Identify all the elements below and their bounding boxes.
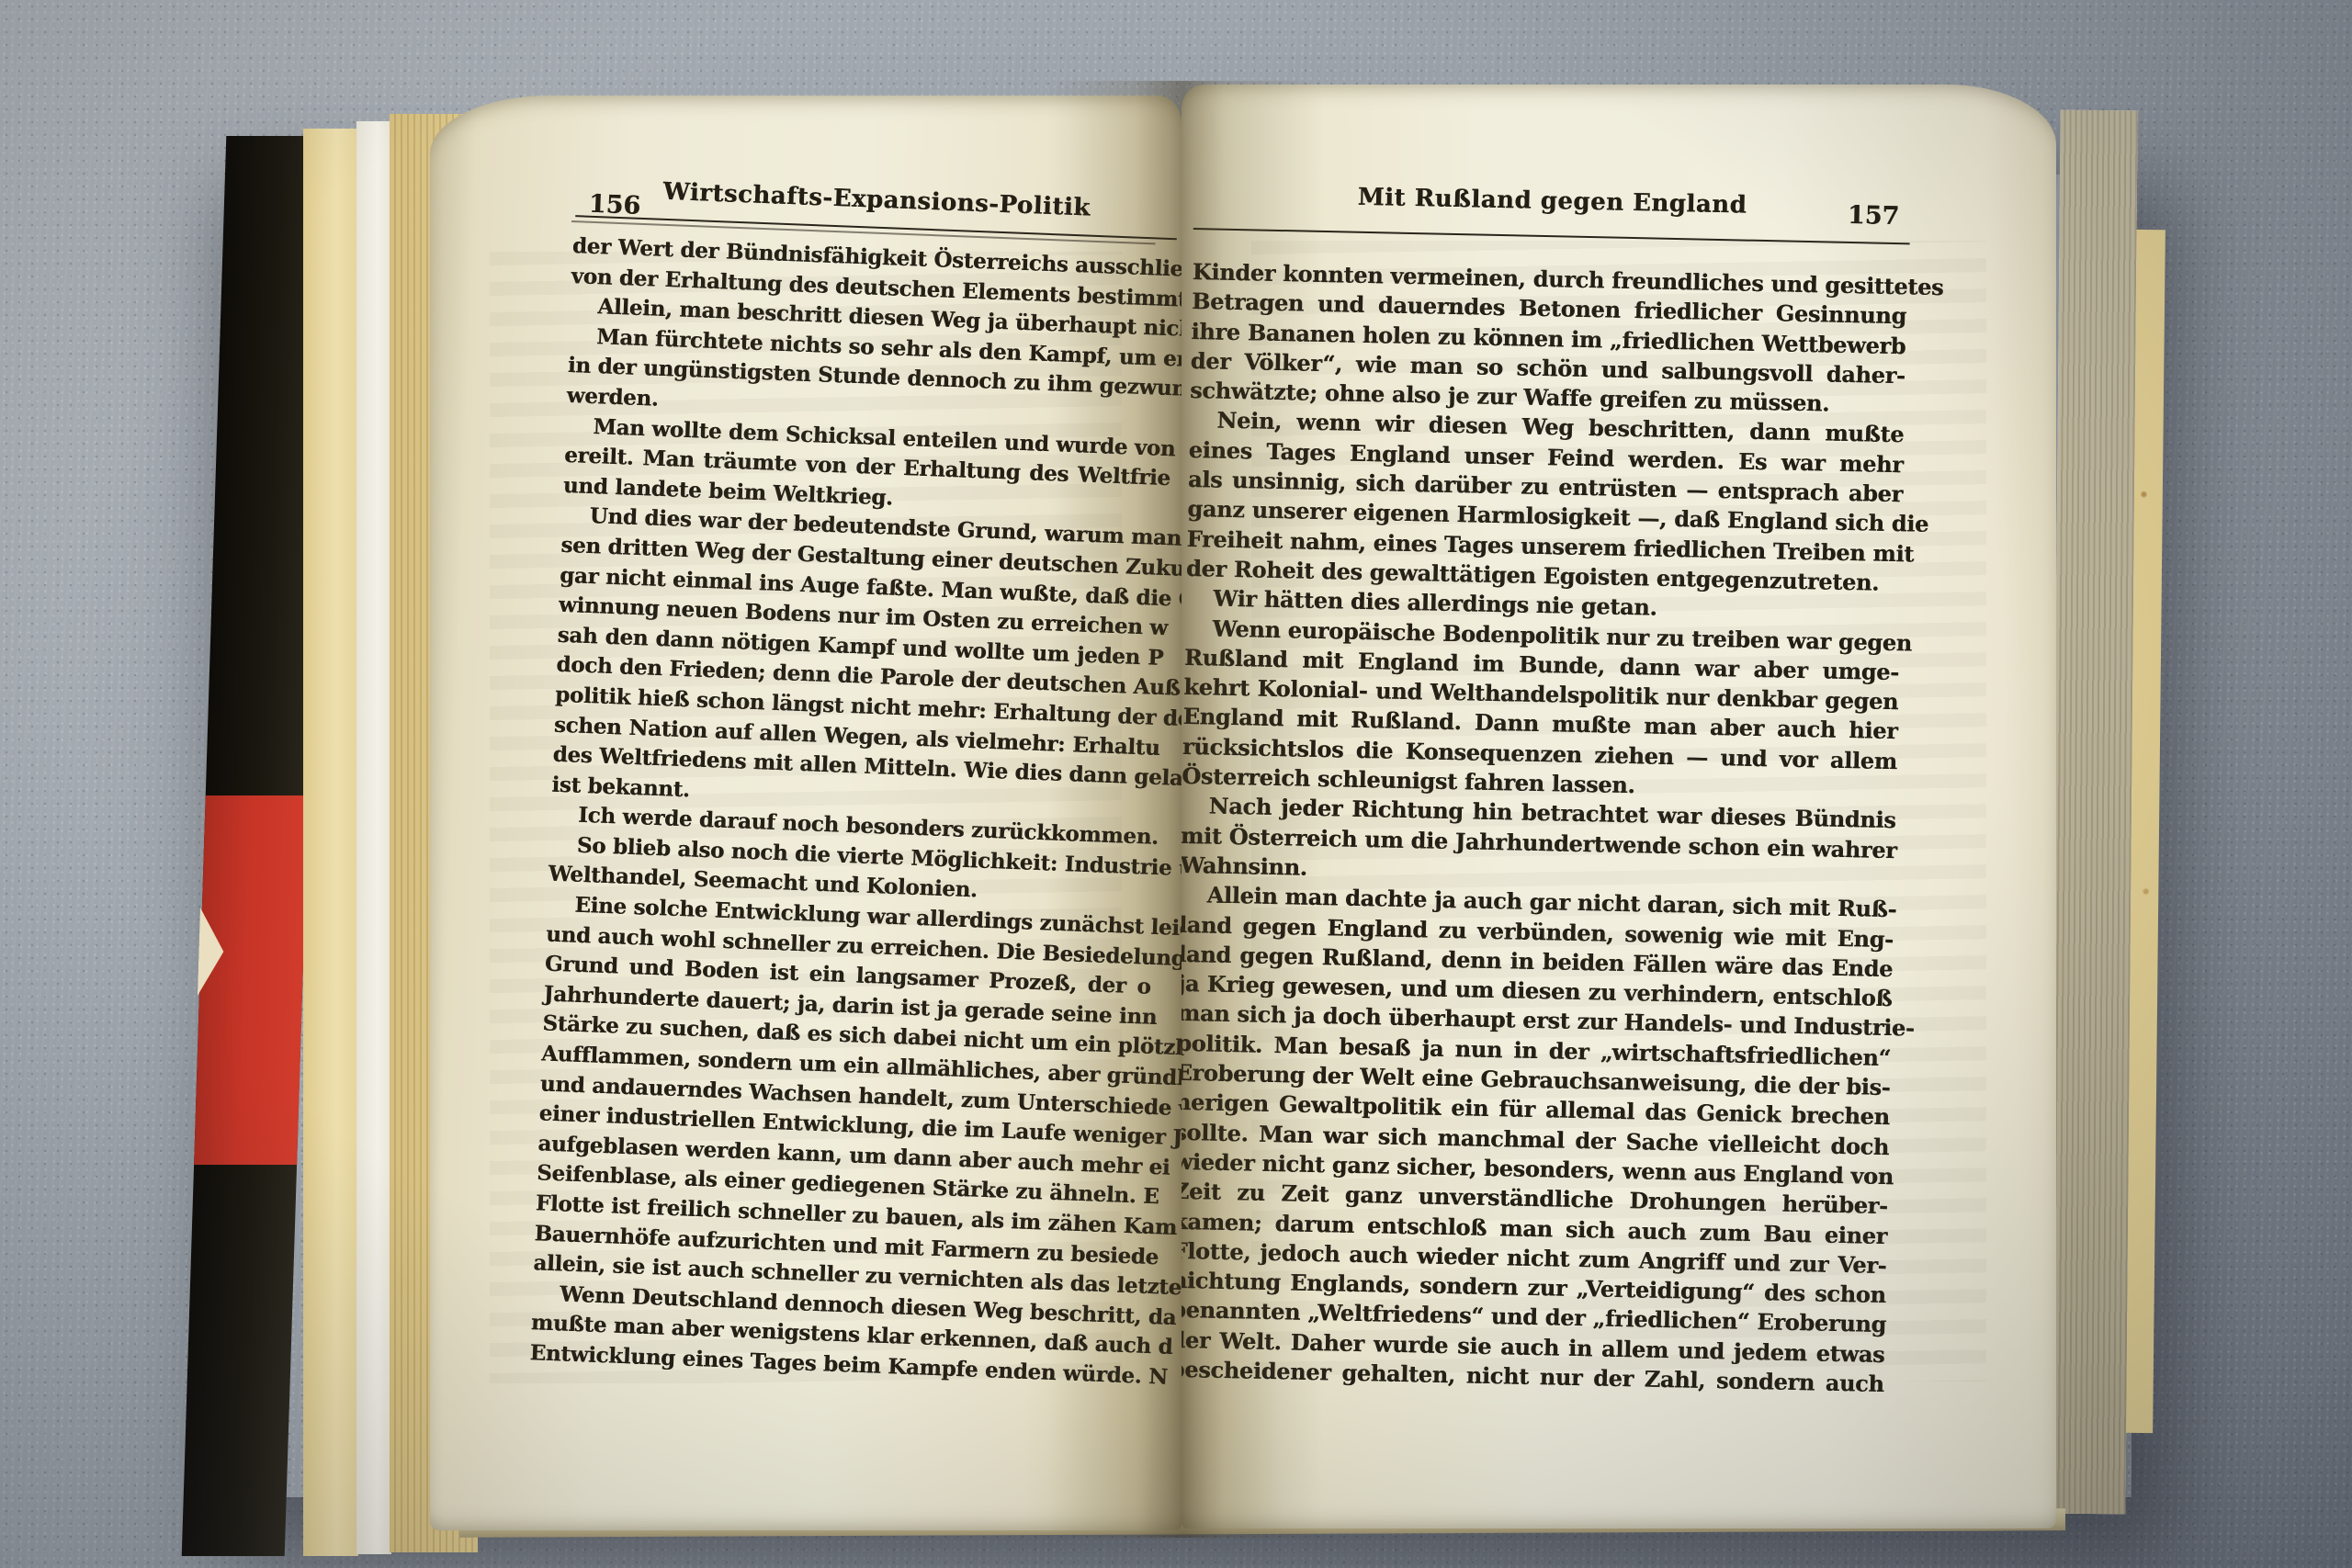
right-page: Mit Rußland gegen England 157 Kinder kon… [1182,85,2056,1529]
page-number-right: 157 [1848,201,1900,231]
jacket-red-band [194,795,309,1165]
left-page: 156 Wirtschafts-Expansions-Politik der W… [430,96,1182,1530]
right-page-text: Kinder konnten vermeinen, durch freundli… [1182,257,1907,1399]
left-page-text: der Wert der Bündnisfähigkeit Österreich… [529,231,1179,1392]
page-block-edge-right [2048,110,2137,1515]
right-page-content: Mit Rußland gegen England 157 Kinder kon… [1194,176,1911,191]
running-head-right: Mit Rußland gegen England [1193,180,1910,222]
endpaper-edge-strip [303,129,358,1556]
left-page-content: 156 Wirtschafts-Expansions-Politik der W… [573,175,1182,197]
flyleaf-edge-strip [356,121,391,1554]
header-rule [1193,228,1910,244]
photo-scene: 156 Wirtschafts-Expansions-Politik der W… [0,0,2352,1568]
